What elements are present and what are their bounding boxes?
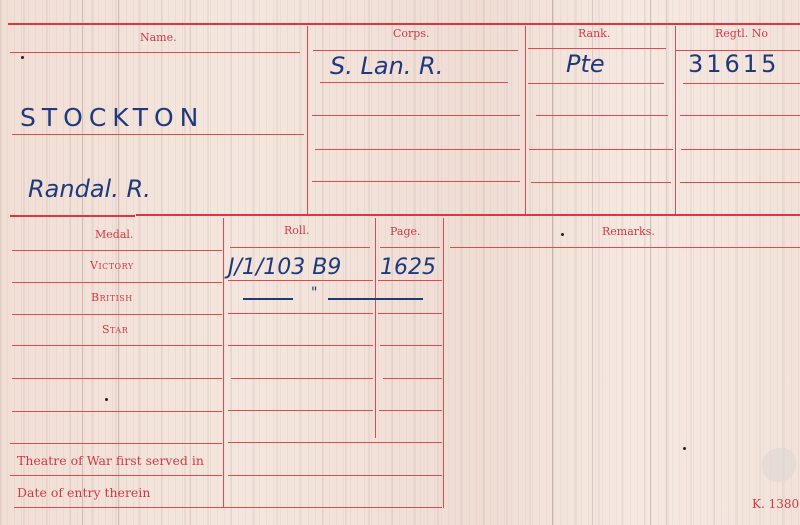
medal-row-rule	[378, 313, 442, 314]
page-label: Page.	[390, 225, 421, 238]
page-header-rule	[380, 247, 440, 248]
divider-medal-roll	[223, 218, 224, 508]
medal-row-rule	[231, 378, 373, 379]
surname-rule	[12, 134, 304, 135]
corps-label: Corps.	[393, 27, 429, 40]
medal-row-rule	[12, 282, 222, 283]
paper-streak	[650, 0, 651, 525]
divider-rank-regt	[675, 26, 676, 214]
ink-speck	[21, 56, 24, 59]
paper-streak	[666, 0, 667, 525]
row-rule	[681, 149, 800, 150]
roll-header-rule	[230, 247, 370, 248]
rank-value: Pte	[566, 50, 605, 78]
row-rule	[683, 83, 800, 84]
date-rule	[14, 507, 442, 508]
corps-header-rule	[313, 50, 518, 51]
regt-no-value: 31615	[688, 50, 779, 78]
form-number: K. 1380	[752, 497, 799, 511]
medal-index-card: Name. Corps. Rank. Regtl. No S. Lan. R. …	[0, 0, 800, 525]
forename-value: Randal. R.	[28, 175, 151, 203]
row-rule	[312, 115, 520, 116]
top-rule	[8, 23, 800, 25]
medal-label: Medal.	[95, 228, 133, 241]
page-value-victory: 1625	[380, 255, 436, 280]
roll-label: Roll.	[284, 224, 309, 237]
corps-value: S. Lan. R.	[330, 52, 443, 80]
row-rule	[536, 115, 668, 116]
theatre-label: Theatre of War first served in	[17, 453, 204, 468]
theatre-rule	[228, 475, 442, 476]
roll-value-british: "	[311, 285, 317, 301]
medal-header-rule	[12, 250, 222, 251]
medal-row-rule	[380, 345, 442, 346]
row-rule	[529, 149, 673, 150]
medal-row-rule	[228, 410, 373, 411]
medal-row-rule	[12, 345, 222, 346]
remarks-header-rule	[450, 247, 800, 248]
theatre-rule	[10, 475, 222, 476]
rank-header-rule	[528, 48, 666, 49]
name-label: Name.	[140, 31, 177, 44]
row-rule	[320, 82, 508, 83]
medal-row-british: British	[91, 291, 133, 304]
medal-row-rule	[10, 443, 222, 444]
medal-row-rule	[12, 378, 222, 379]
medal-row-victory: Victory	[90, 259, 134, 272]
medal-row-rule	[379, 410, 442, 411]
row-rule	[312, 181, 520, 182]
ink-speck	[561, 233, 564, 236]
ditto-dash	[328, 298, 423, 300]
section-rule	[10, 215, 135, 217]
paper-streak	[190, 0, 191, 525]
remarks-label: Remarks.	[602, 225, 655, 238]
section-rule	[136, 214, 800, 216]
divider-name-corps	[307, 26, 308, 214]
medal-row-rule	[383, 378, 442, 379]
rank-label: Rank.	[578, 27, 610, 40]
paper-streak	[592, 0, 593, 525]
row-rule	[315, 149, 520, 150]
medal-row-star: Star	[102, 323, 128, 336]
paper-streak	[82, 0, 83, 525]
surname-value: STOCKTON	[20, 103, 204, 132]
roll-value-victory: J/1/103 B9	[228, 255, 341, 280]
medal-row-rule	[228, 313, 373, 314]
date-label: Date of entry therein	[17, 485, 150, 500]
row-rule	[531, 182, 671, 183]
medal-row-rule	[378, 280, 442, 281]
medal-row-rule	[228, 280, 373, 281]
paper-streak	[552, 0, 553, 525]
divider-page-remarks	[443, 218, 444, 508]
row-rule	[680, 182, 800, 183]
paper-stain	[762, 448, 796, 482]
medal-row-rule	[12, 411, 222, 412]
ink-speck	[683, 447, 686, 450]
ditto-dash	[243, 298, 293, 300]
name-header-rule	[10, 52, 300, 53]
medal-row-rule	[12, 314, 222, 315]
medal-row-rule	[228, 442, 442, 443]
ink-speck	[105, 398, 108, 401]
divider-roll-page	[375, 218, 376, 328]
row-rule	[528, 83, 664, 84]
divider-roll-page-lower	[375, 328, 376, 438]
regt-no-label: Regtl. No	[715, 27, 768, 40]
divider-corps-rank	[525, 26, 526, 214]
row-rule	[680, 115, 800, 116]
medal-row-rule	[228, 345, 373, 346]
